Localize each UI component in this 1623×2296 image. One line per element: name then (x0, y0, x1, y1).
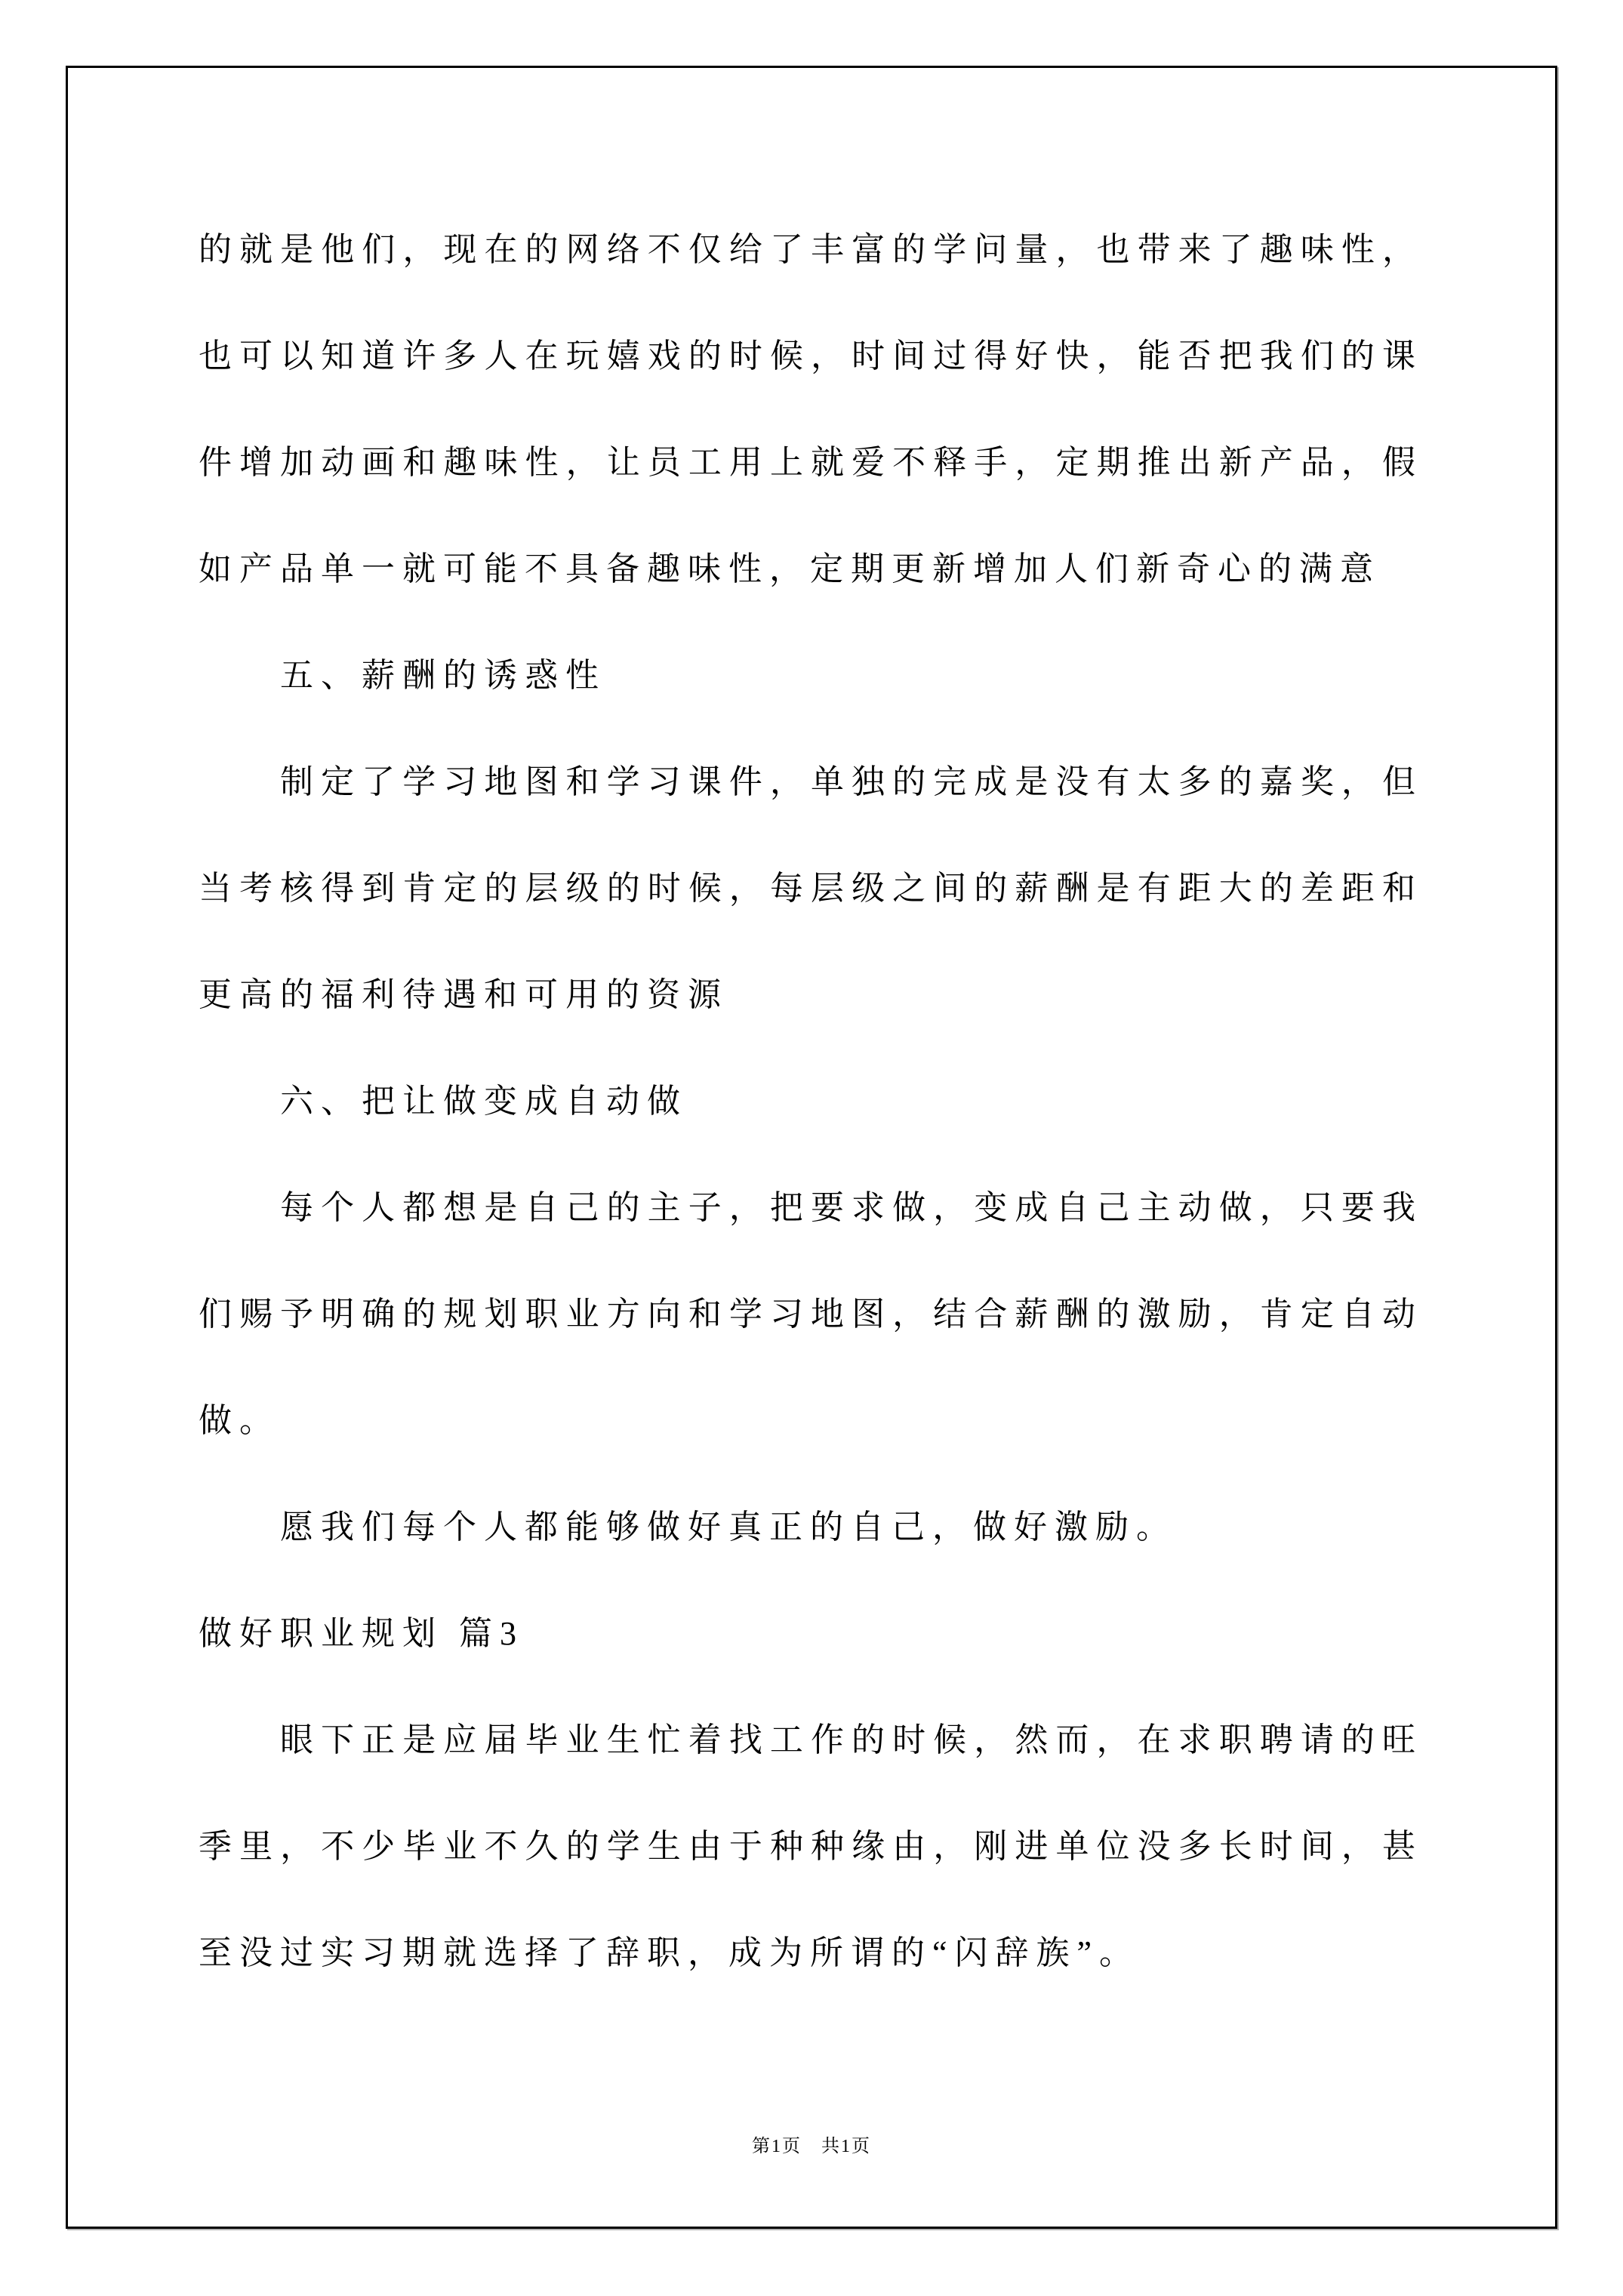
document-body: 的就是他们，现在的网络不仅给了丰富的学问量，也带来了趣味性， 也可以知道许多人在… (199, 196, 1423, 2006)
text-line: 也可以知道许多人在玩嬉戏的时候，时间过得好快，能否把我们的课 (199, 303, 1423, 409)
text-line: 眼下正是应届毕业生忙着找工作的时候，然而，在求职聘请的旺 (199, 1687, 1423, 1793)
text-line: 们赐予明确的规划职业方向和学习地图，结合薪酬的激励，肯定自动 (199, 1261, 1423, 1367)
page-footer: 第1页 共1页 (0, 2135, 1623, 2158)
text-line: 如产品单一就可能不具备趣味性，定期更新增加人们新奇心的满意 (199, 516, 1423, 622)
heading-section-six: 六、把让做变成自动做 (199, 1048, 1423, 1154)
heading-article-3: 做好职业规划 篇3 (199, 1580, 1423, 1687)
text-line: 至没过实习期就选择了辞职，成为所谓的“闪辞族”。 (199, 1900, 1423, 2006)
text-line: 季里，不少毕业不久的学生由于种种缘由，刚进单位没多长时间，甚 (199, 1793, 1423, 1900)
text-line: 制定了学习地图和学习课件，单独的完成是没有太多的嘉奖，但 (199, 729, 1423, 835)
text-line: 每个人都想是自己的主子，把要求做，变成自己主动做，只要我 (199, 1154, 1423, 1261)
text-line: 做。 (199, 1367, 1423, 1474)
text-line: 的就是他们，现在的网络不仅给了丰富的学问量，也带来了趣味性， (199, 196, 1423, 303)
text-line: 愿我们每个人都能够做好真正的自己，做好激励。 (199, 1474, 1423, 1580)
text-line: 件增加动画和趣味性，让员工用上就爱不释手，定期推出新产品，假 (199, 409, 1423, 516)
text-line: 更高的福利待遇和可用的资源 (199, 942, 1423, 1048)
heading-section-five: 五、薪酬的诱惑性 (199, 622, 1423, 729)
text-line: 当考核得到肯定的层级的时候，每层级之间的薪酬是有距大的差距和 (199, 835, 1423, 942)
